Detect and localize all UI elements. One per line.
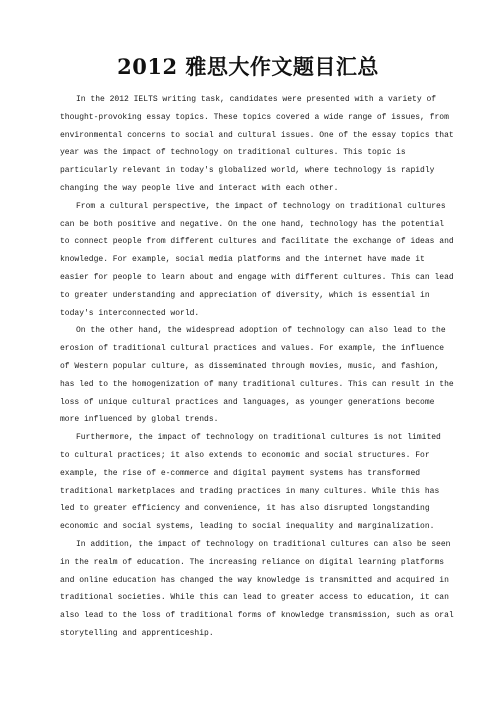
text-line: more influenced by global trends. <box>60 411 456 429</box>
text-line: today's interconnected world. <box>60 305 456 323</box>
text-line: particularly relevant in today's globali… <box>60 162 456 180</box>
text-line: Furthermore, the impact of technology on… <box>60 429 456 447</box>
document-title: 2012 雅思大作文题目汇总 <box>0 53 496 81</box>
text-line: easier for people to learn about and eng… <box>60 269 456 287</box>
text-line: changing the way people live and interac… <box>60 180 456 198</box>
text-line: loss of unique cultural practices and la… <box>60 394 456 412</box>
text-line: to cultural practices; it also extends t… <box>60 447 456 465</box>
text-line: traditional marketplaces and trading pra… <box>60 483 456 501</box>
text-line: traditional societies. While this can le… <box>60 589 456 607</box>
text-line: in the realm of education. The increasin… <box>60 554 456 572</box>
text-line: storytelling and apprenticeship. <box>60 625 456 643</box>
text-line: environmental concerns to social and cul… <box>60 127 456 145</box>
text-line: From a cultural perspective, the impact … <box>60 198 456 216</box>
text-line: to greater understanding and appreciatio… <box>60 287 456 305</box>
text-line: In addition, the impact of technology on… <box>60 536 456 554</box>
text-line: and online education has changed the way… <box>60 572 456 590</box>
document-page: 2012 雅思大作文题目汇总 In the 2012 IELTS writing… <box>0 0 496 702</box>
text-line: economic and social systems, leading to … <box>60 518 456 536</box>
text-line: led to greater efficiency and convenienc… <box>60 500 456 518</box>
text-line: can be both positive and negative. On th… <box>60 216 456 234</box>
text-line: example, the rise of e-commerce and digi… <box>60 465 456 483</box>
text-line: to connect people from different culture… <box>60 233 456 251</box>
text-line: also lead to the loss of traditional for… <box>60 607 456 625</box>
text-line: of Western popular culture, as dissemina… <box>60 358 456 376</box>
text-line: erosion of traditional cultural practice… <box>60 340 456 358</box>
text-line: year was the impact of technology on tra… <box>60 144 456 162</box>
text-line: has led to the homogenization of many tr… <box>60 376 456 394</box>
document-body: In the 2012 IELTS writing task, candidat… <box>60 91 456 643</box>
text-line: knowledge. For example, social media pla… <box>60 251 456 269</box>
text-line: On the other hand, the widespread adopti… <box>60 322 456 340</box>
text-line: In the 2012 IELTS writing task, candidat… <box>60 91 456 109</box>
text-line: thought-provoking essay topics. These to… <box>60 109 456 127</box>
